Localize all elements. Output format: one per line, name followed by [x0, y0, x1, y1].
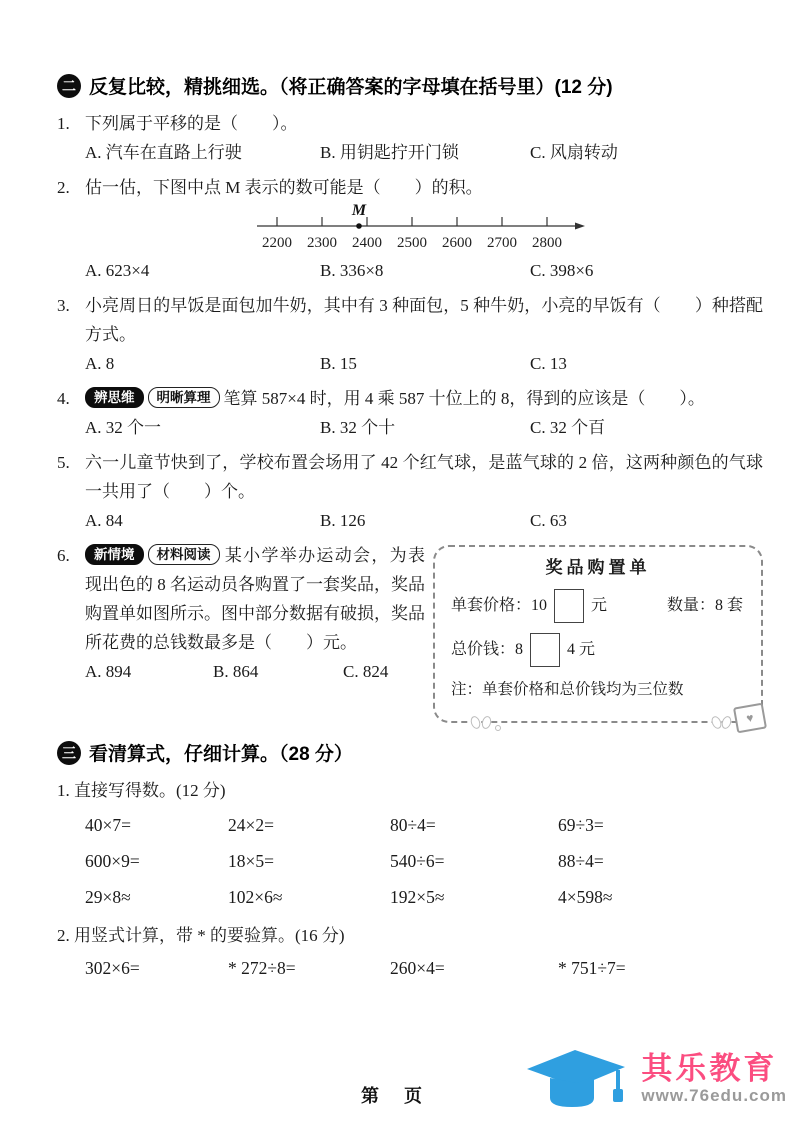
math-item: 69÷3=: [558, 811, 763, 839]
mental-math-grid: 40×7= 24×2= 80÷4= 69÷3= 600×9= 18×5= 540…: [85, 811, 763, 911]
arrowhead-icon: [575, 223, 585, 230]
worksheet-page: 二 反复比较，精挑细选。（将正确答案的字母填在括号里）(12 分) 1. 下列属…: [0, 0, 793, 1122]
total-prefix: 总价钱：8: [451, 639, 523, 661]
price-unit: 元: [591, 595, 607, 617]
question-4: 4. 辨思维明晰算理笔算 587×4 时，用 4 乘 587 十位上的 8，得到…: [57, 384, 763, 442]
brand-url: www.76edu.com: [641, 1086, 787, 1106]
question-2: 2. 估一估，下图中点 M 表示的数可能是（ ）的积。 M 2200 2300 …: [57, 173, 763, 285]
vertical-calc-row: 302×6= * 272÷8= 260×4= * 751÷7=: [85, 954, 763, 983]
question-text: 辨思维明晰算理笔算 587×4 时，用 4 乘 587 十位上的 8，得到的应该…: [85, 384, 763, 413]
math-item: * 272÷8=: [228, 954, 390, 983]
question-text: 新情境材料阅读某小学举办运动会，为表现出色的 8 名运动员各购置了一套奖品，奖品…: [85, 541, 425, 657]
option-b: B. 32 个十: [320, 413, 530, 442]
tick-label: 2300: [307, 235, 337, 251]
math-item: 40×7=: [85, 811, 228, 839]
option-b: B. 864: [213, 657, 343, 686]
math-item: 4×598≈: [558, 883, 763, 911]
receipt-note: 注：单套价格和总价钱均为三位数: [451, 679, 745, 701]
math-item: 24×2=: [228, 811, 390, 839]
section-2-title: 反复比较，精挑细选。（将正确答案的字母填在括号里）(12 分): [89, 72, 613, 99]
option-a: A. 84: [85, 506, 320, 535]
question-text: 估一估，下图中点 M 表示的数可能是（ ）的积。: [85, 173, 763, 202]
question-5: 5. 六一儿童节快到了，学校布置会场用了 42 个红气球，是蓝气球的 2 倍，这…: [57, 448, 763, 535]
math-item: 600×9=: [85, 847, 228, 875]
price-label: 单套价格：10: [451, 595, 547, 617]
option-b: B. 336×8: [320, 256, 530, 285]
math-item: 80÷4=: [390, 811, 558, 839]
tick-label: 2800: [532, 235, 562, 251]
quantity-label: 数量：8 套: [667, 595, 745, 617]
option-a: A. 32 个一: [85, 413, 320, 442]
options-row: A. 894 B. 864 C. 824: [85, 657, 425, 686]
doodle-decoration: [469, 715, 482, 730]
question-number: 3.: [57, 291, 70, 320]
math-item: 192×5≈: [390, 883, 558, 911]
math-item: 302×6=: [85, 954, 228, 983]
receipt-total-row: 总价钱：8 4 元: [451, 633, 745, 667]
math-item: 260×4=: [390, 954, 558, 983]
math-item: * 751÷7=: [558, 954, 763, 983]
damaged-digit-box: [530, 633, 560, 667]
material-reading-badge: 材料阅读: [148, 544, 220, 565]
tick-label: 2600: [442, 235, 472, 251]
math-item: 18×5=: [228, 847, 390, 875]
doodle-decoration: [495, 725, 501, 731]
option-c: C. 63: [530, 506, 763, 535]
envelope-icon: ♥: [733, 703, 767, 734]
question-number: 1.: [57, 109, 70, 138]
question-number: 5.: [57, 448, 70, 477]
options-row: A. 8 B. 15 C. 13: [85, 349, 763, 378]
section-number-icon: 三: [57, 741, 81, 765]
new-context-badge: 新情境: [85, 544, 144, 565]
option-b: B. 126: [320, 506, 530, 535]
total-suffix: 4 元: [567, 639, 595, 661]
receipt-price-row: 单套价格：10 元 数量：8 套: [451, 589, 745, 623]
math-item: 88÷4=: [558, 847, 763, 875]
question-text-body: 笔算 587×4 时，用 4 乘 587 十位上的 8，得到的应该是（ ）。: [224, 389, 705, 408]
question-1: 1. 下列属于平移的是（ ）。 A. 汽车在直路上行驶 B. 用钥匙拧开门锁 C…: [57, 109, 763, 167]
math-item: 102×6≈: [228, 883, 390, 911]
thinking-skill-badge: 辨思维: [85, 387, 144, 408]
option-b: B. 用钥匙拧开门锁: [320, 138, 530, 167]
tick-label: 2500: [397, 235, 427, 251]
options-row: A. 汽车在直路上行驶 B. 用钥匙拧开门锁 C. 风扇转动: [85, 138, 763, 167]
option-c: C. 398×6: [530, 256, 763, 285]
options-row: A. 84 B. 126 C. 63: [85, 506, 763, 535]
tick-label: 2700: [487, 235, 517, 251]
page-number: 第 页: [361, 1082, 432, 1108]
question-text: 下列属于平移的是（ ）。: [85, 109, 763, 138]
tick-label: 2200: [262, 235, 292, 251]
number-line: M 2200 2300 2400 2500 2600 2700 2800: [255, 204, 763, 256]
option-a: A. 894: [85, 657, 213, 686]
options-row: A. 623×4 B. 336×8 C. 398×6: [85, 256, 763, 285]
question-number: 4.: [57, 384, 70, 413]
option-a: A. 汽车在直路上行驶: [85, 138, 320, 167]
tick-label: 2400: [352, 235, 382, 251]
question-6: 6. 新情境材料阅读某小学举办运动会，为表现出色的 8 名运动员各购置了一套奖品…: [57, 541, 763, 723]
option-c: C. 风扇转动: [530, 138, 763, 167]
option-c: C. 824: [343, 657, 425, 686]
subtask-1-title: 1. 直接写得数。(12 分): [57, 776, 763, 805]
doodle-decoration: [480, 715, 492, 730]
brand-logo: 其乐教育 www.76edu.com: [519, 1042, 787, 1116]
math-item: 540÷6=: [390, 847, 558, 875]
math-item: 29×8≈: [85, 883, 228, 911]
section-2-header: 二 反复比较，精挑细选。（将正确答案的字母填在括号里）(12 分): [57, 72, 763, 99]
question-text: 小亮周日的早饭是面包加牛奶，其中有 3 种面包，5 种牛奶，小亮的早饭有（ ）种…: [85, 291, 763, 349]
option-a: A. 8: [85, 349, 320, 378]
doodle-decoration: [720, 715, 733, 730]
options-row: A. 32 个一 B. 32 个十 C. 32 个百: [85, 413, 763, 442]
option-c: C. 13: [530, 349, 763, 378]
clear-reasoning-badge: 明晰算理: [148, 387, 220, 408]
point-m-dot: [356, 223, 362, 229]
question-number: 2.: [57, 173, 70, 202]
question-text: 六一儿童节快到了，学校布置会场用了 42 个红气球，是蓝气球的 2 倍，这两种颜…: [85, 448, 763, 506]
section-3-header: 三 看清算式，仔细计算。（28 分）: [57, 739, 763, 766]
point-m-label: M: [351, 204, 367, 219]
section-number-icon: 二: [57, 74, 81, 98]
receipt-title: 奖品购置单: [451, 557, 745, 579]
section-3-title: 看清算式，仔细计算。（28 分）: [89, 739, 353, 766]
option-b: B. 15: [320, 349, 530, 378]
question-number: 6.: [57, 541, 70, 570]
option-c: C. 32 个百: [530, 413, 763, 442]
question-3: 3. 小亮周日的早饭是面包加牛奶，其中有 3 种面包，5 种牛奶，小亮的早饭有（…: [57, 291, 763, 378]
brand-name: 其乐教育: [641, 1052, 777, 1086]
damaged-digit-box: [554, 589, 584, 623]
graduation-cap-icon: [519, 1042, 637, 1116]
subtask-2-title: 2. 用竖式计算，带 * 的要验算。(16 分): [57, 921, 763, 950]
option-a: A. 623×4: [85, 256, 320, 285]
receipt-card: 奖品购置单 单套价格：10 元 数量：8 套 总价钱：8 4 元 注：单套价格和…: [433, 545, 763, 723]
